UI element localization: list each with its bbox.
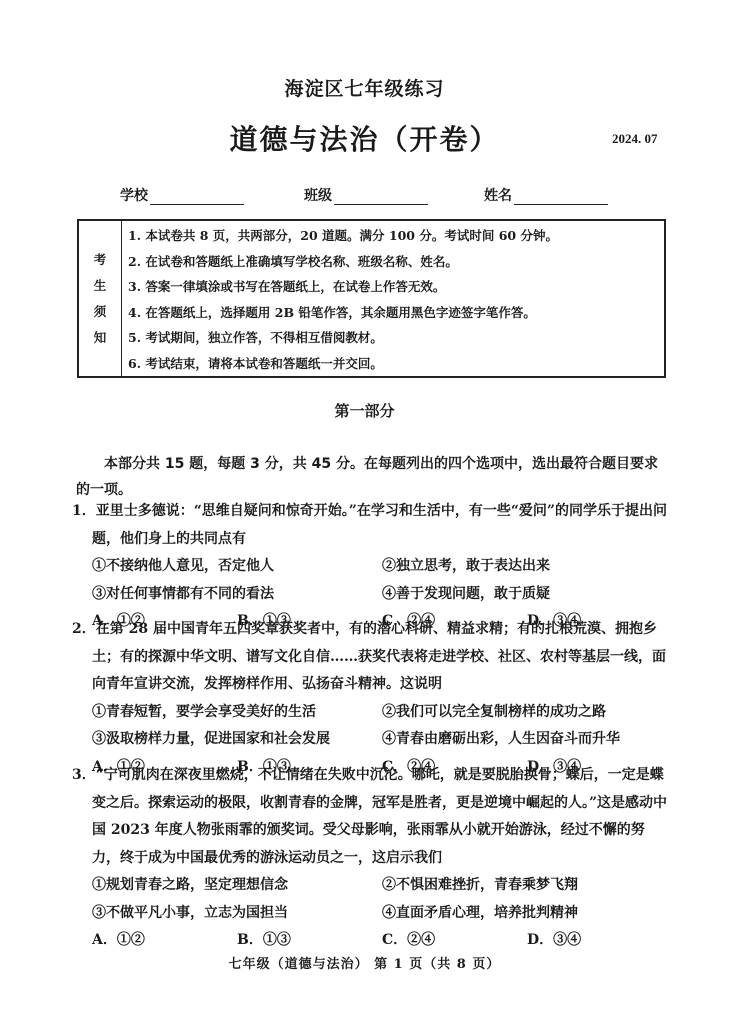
answer-choice-b: B．①③	[237, 927, 382, 955]
statement-option: ④善于发现问题，敢于质疑	[382, 581, 672, 609]
statement-option: ①不接纳他人意见，否定他人	[92, 553, 382, 581]
statement-option: ④青春由磨砺出彩，人生因奋斗而升华	[382, 726, 672, 754]
question-1: 1．亚里士多德说：“思维自疑问和惊奇开始。”在学习和生活中，有一些“爱问”的同学…	[72, 498, 672, 636]
statement-option: ③汲取榜样力量，促进国家和社会发展	[92, 726, 382, 754]
notice-side-label: 考 生 须 知	[78, 220, 122, 377]
part-title: 第一部分	[0, 400, 729, 421]
exam-date: 2024. 07	[612, 131, 658, 147]
exam-notice-box: 考 生 须 知 1. 本试卷共 8 页，共两部分，20 道题。满分 100 分。…	[77, 219, 666, 378]
statement-option: ③不做平凡小事，立志为国担当	[92, 900, 382, 928]
statement-option: ②独立思考，敢于表达出来	[382, 553, 672, 581]
notice-item: 3. 答案一律填涂或书写在答题纸上，在试卷上作答无效。	[128, 274, 658, 300]
name-field: 姓名	[484, 185, 608, 205]
class-field: 班级	[304, 185, 428, 205]
statement-option: ①青春短暂，要学会享受美好的生活	[92, 699, 382, 727]
question-stem: 2．在第 28 届中国青年五四奖章获奖者中，有的潜心科研、精益求精；有的扎根荒漠…	[72, 616, 672, 699]
statement-option: ①规划青春之路，坚定理想信念	[92, 872, 382, 900]
notice-item: 4. 在答题纸上，选择题用 2B 铅笔作答，其余题用黑色字迹签字笔作答。	[128, 300, 658, 326]
school-label: 学校	[120, 185, 148, 205]
class-label: 班级	[304, 185, 332, 205]
class-blank[interactable]	[334, 190, 428, 205]
notice-items: 1. 本试卷共 8 页，共两部分，20 道题。满分 100 分。考试时间 60 …	[122, 220, 666, 377]
page-footer: 七年级（道德与法治） 第 1 页（共 8 页）	[0, 953, 729, 972]
statement-option: ②我们可以完全复制榜样的成功之路	[382, 699, 672, 727]
question-3: 3．“宁可肌肉在深夜里燃烧，不让情绪在失败中沉沦。哪吒，就是要脱胎换骨；蝶后，一…	[72, 762, 672, 955]
answer-choice-a: A．①②	[92, 927, 237, 955]
exam-subtitle: 海淀区七年级练习	[0, 74, 729, 101]
answer-choice-c: C．②④	[382, 927, 527, 955]
statement-option: ④直面矛盾心理，培养批判精神	[382, 900, 672, 928]
notice-item: 1. 本试卷共 8 页，共两部分，20 道题。满分 100 分。考试时间 60 …	[128, 223, 658, 249]
school-field: 学校	[120, 185, 244, 205]
question-2: 2．在第 28 届中国青年五四奖章获奖者中，有的潜心科研、精益求精；有的扎根荒漠…	[72, 616, 672, 781]
statement-option: ②不惧困难挫折，青春乘梦飞翔	[382, 872, 672, 900]
notice-item: 6. 考试结束，请将本试卷和答题纸一并交回。	[128, 351, 658, 377]
part-intro: 本部分共 15 题，每题 3 分，共 45 分。在每题列出的四个选项中，选出最符…	[76, 451, 666, 503]
question-stem: 3．“宁可肌肉在深夜里燃烧，不让情绪在失败中沉沦。哪吒，就是要脱胎换骨；蝶后，一…	[72, 762, 672, 872]
school-blank[interactable]	[150, 190, 244, 205]
notice-item: 2. 在试卷和答题纸上准确填写学校名称、班级名称、姓名。	[128, 249, 658, 275]
question-stem: 1．亚里士多德说：“思维自疑问和惊奇开始。”在学习和生活中，有一些“爱问”的同学…	[72, 498, 672, 553]
statement-option: ③对任何事情都有不同的看法	[92, 581, 382, 609]
answer-choice-d: D．③④	[527, 927, 672, 955]
notice-item: 5. 考试期间，独立作答，不得相互借阅教材。	[128, 325, 658, 351]
name-blank[interactable]	[514, 190, 608, 205]
name-label: 姓名	[484, 185, 512, 205]
